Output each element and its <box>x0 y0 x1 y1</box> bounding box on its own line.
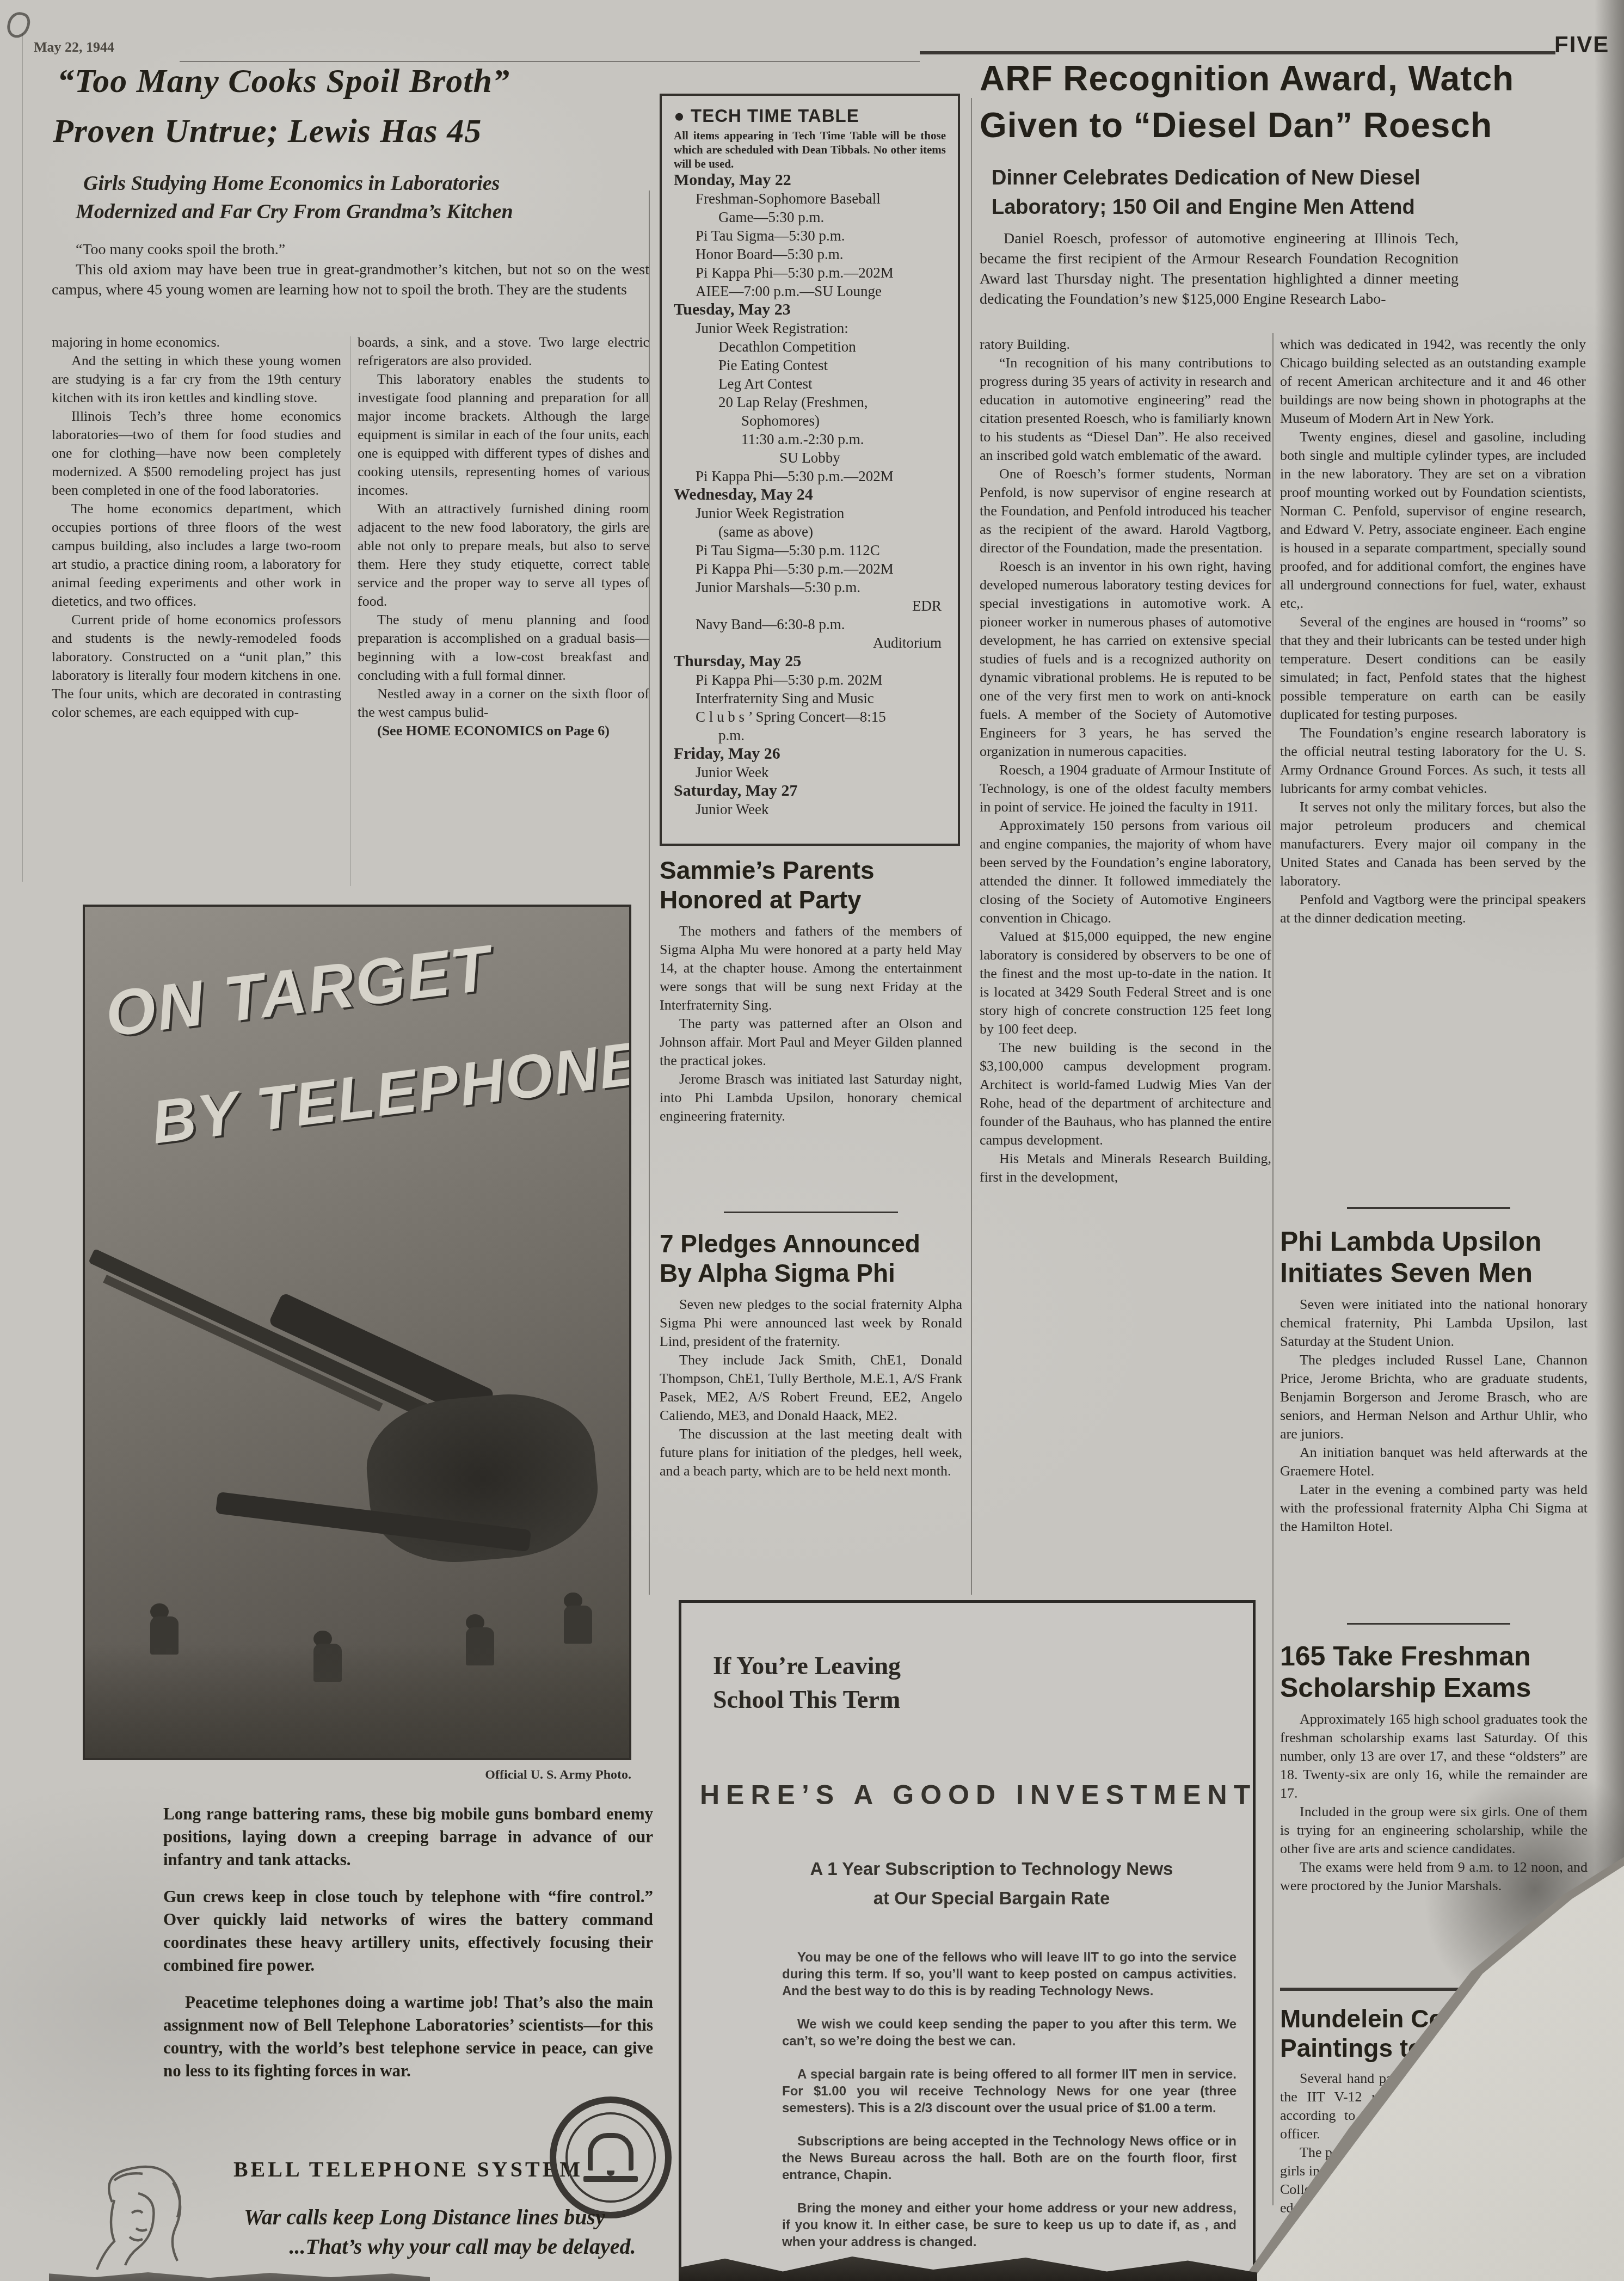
article-subhead-line2: Modernized and Far Cry From Grandma’s Ki… <box>76 201 513 222</box>
bell-icon <box>565 2112 656 2203</box>
article-column-2: boards, a sink, and a stove. Two large e… <box>358 333 649 740</box>
article-paragraph: Roesch is an inventor in his own right, … <box>980 557 1271 761</box>
schedule-line: Pi Kappa Phi—5:30 p.m.—202M <box>674 263 946 282</box>
article-headline-line2: Initiates Seven Men <box>1280 1257 1588 1289</box>
schedule-line: Junior Week Registration <box>674 504 946 522</box>
article-paragraph: The pledges included Russel Lane, Channo… <box>1280 1351 1588 1443</box>
article-paragraph: The new building is the second in the $3… <box>980 1038 1271 1149</box>
schedule-line: Sophomores) <box>674 411 946 430</box>
schedule-line: Interfraternity Sing and Music <box>674 689 946 708</box>
article-paragraph: Jerome Brasch was initiated last Saturda… <box>660 1070 962 1126</box>
time-table-title-text: TECH TIME TABLE <box>691 106 859 126</box>
bell-system-logo <box>550 2096 672 2218</box>
pen-mark <box>5 10 32 40</box>
gun-barrel-shape <box>88 1249 435 1421</box>
schedule-day: Friday, May 26 <box>674 745 946 763</box>
article-subhead-line1: Dinner Celebrates Dedication of New Dies… <box>992 168 1420 188</box>
article-paragraph: And the setting in which these young wom… <box>52 352 341 407</box>
article-paragraph: majoring in home economics. <box>52 333 341 352</box>
schedule-line: EDR <box>674 597 946 615</box>
ad-subhead-line2: at Our Special Bargain Rate <box>747 1888 1237 1909</box>
ad-kicker-line2: School This Term <box>713 1683 900 1716</box>
article-divider <box>724 1212 898 1213</box>
photo-overlay-text-line1: ON TARGET <box>102 936 495 1047</box>
schedule-line: Pi Kappa Phi—5:30 p.m.—202M <box>674 560 946 578</box>
ad-paragraph: You may be one of the fellows who will l… <box>782 1949 1237 2000</box>
schedule-day: Wednesday, May 24 <box>674 485 946 504</box>
tech-time-table: ● TECH TIME TABLE All items appearing in… <box>660 94 960 846</box>
time-table-title: ● TECH TIME TABLE <box>674 103 946 128</box>
schedule-day: Saturday, May 27 <box>674 782 946 800</box>
ad-headline: HERE’S A GOOD INVESTMENT <box>700 1779 1257 1811</box>
bell-ad-body: Long range battering rams, these big mob… <box>163 1803 653 2096</box>
column-divider <box>350 336 351 886</box>
artillery-photo: ON TARGET BY TELEPHONE <box>83 905 631 1760</box>
article-headline-line2: Given to “Diesel Dan” Roesch <box>980 108 1492 143</box>
bullet-icon: ● <box>674 106 685 126</box>
schedule-line: Leg Art Contest <box>674 374 946 393</box>
schedule-line: Game—5:30 p.m. <box>674 208 946 226</box>
schedule-line: Pi Tau Sigma—5:30 p.m. <box>674 226 946 245</box>
schedule-line: Junior Week Registration: <box>674 319 946 337</box>
schedule-line: C l u b s ’ Spring Concert—8:15 <box>674 708 946 726</box>
article-headline-line1: 7 Pledges Announced <box>660 1229 962 1258</box>
schedule-line: Pie Eating Contest <box>674 356 946 374</box>
article-paragraph: Seven new pledges to the social fraterni… <box>660 1295 962 1351</box>
article-headline-line2: Proven Untrue; Lewis Has 45 <box>53 114 482 148</box>
article-paragraph: Several of the engines are housed in “ro… <box>1280 613 1586 724</box>
article-paragraph: Current pride of home economics professo… <box>52 611 341 722</box>
ad-paragraph: Bring the money and either your home add… <box>782 2200 1237 2251</box>
article-paragraph: It serves not only the military forces, … <box>1280 798 1586 890</box>
article-headline-line1: ARF Recognition Award, Watch <box>980 61 1514 96</box>
article-subhead-line2: Laboratory; 150 Oil and Engine Men Atten… <box>992 197 1415 218</box>
arf-column-a: ratory Building. “In recognition of his … <box>980 335 1271 1186</box>
ad-paragraph: Gun crews keep in close touch by telepho… <box>163 1885 653 1977</box>
page-column-rule-2 <box>971 98 972 1595</box>
article-paragraph: The discussion at the last meeting dealt… <box>660 1425 962 1480</box>
article-paragraph: Twenty engines, diesel and gasoline, inc… <box>1280 428 1586 613</box>
article-paragraph: An initiation banquet was held afterward… <box>1280 1443 1588 1480</box>
article-paragraph: The party was patterned after an Olson a… <box>660 1015 962 1070</box>
article-paragraph: boards, a sink, and a stove. Two large e… <box>358 333 649 370</box>
article-paragraph: One of Roesch’s former students, Norman … <box>980 465 1271 557</box>
ad-paragraph: A special bargain rate is being offered … <box>782 2066 1237 2117</box>
schedule-day: Monday, May 22 <box>674 171 946 189</box>
article-column-1: majoring in home economics. And the sett… <box>52 333 341 722</box>
bell-tagline-line1: War calls keep Long Distance lines busy <box>180 2204 669 2230</box>
phi-lambda-article: Phi Lambda Upsilon Initiates Seven Men S… <box>1280 1226 1588 1536</box>
lead-paragraph: This old axiom may have been true in gre… <box>52 260 649 300</box>
article-paragraph: Seven were initiated into the national h… <box>1280 1295 1588 1351</box>
article-body: The mothers and fathers of the members o… <box>660 922 962 1126</box>
schedule-day: Tuesday, May 23 <box>674 300 946 319</box>
schedule-line: Pi Kappa Phi—5:30 p.m. 202M <box>674 671 946 689</box>
article-body: Seven new pledges to the social fraterni… <box>660 1295 962 1480</box>
schedule-day: Thursday, May 25 <box>674 652 946 671</box>
schedule-line: Junior Week <box>674 800 946 819</box>
article-divider <box>1347 1623 1510 1625</box>
soldier-figure <box>564 1593 592 1644</box>
schedule-line: Pi Kappa Phi—5:30 p.m.—202M <box>674 467 946 485</box>
article-paragraph: Roesch, a 1904 graduate of Armour Instit… <box>980 761 1271 816</box>
newspaper-page: May 22, 1944 FIVE “Too Many Cooks Spoil … <box>0 0 1624 2281</box>
photo-credit: Official U. S. Army Photo. <box>83 1768 631 1782</box>
article-headline-line1: “Too Many Cooks Spoil Broth” <box>57 64 510 98</box>
schedule-line: SU Lobby <box>674 448 946 467</box>
schedule-line: Freshman-Sophomore Baseball <box>674 189 946 208</box>
ad-paragraph: Long range battering rams, these big mob… <box>163 1803 653 1871</box>
article-paragraph: Nestled away in a corner on the sixth fl… <box>358 685 649 722</box>
article-paragraph: which was dedicated in 1942, was recentl… <box>1280 335 1586 428</box>
lead-paragraph: Daniel Roesch, professor of automotive e… <box>980 229 1459 309</box>
article-headline-line1: 165 Take Freshman <box>1280 1640 1588 1672</box>
article-paragraph: Approximately 150 persons from various o… <box>980 816 1271 927</box>
article-paragraph: “In recognition of his many contribution… <box>980 354 1271 465</box>
article-body: Seven were initiated into the national h… <box>1280 1295 1588 1536</box>
top-rule-right <box>920 51 1555 54</box>
article-paragraph: Penfold and Vagtborg were the principal … <box>1280 890 1586 927</box>
pledges-article: 7 Pledges Announced By Alpha Sigma Phi S… <box>660 1229 962 1480</box>
schedule-line: Junior Marshals—5:30 p.m. <box>674 578 946 597</box>
article-paragraph: Illinois Tech’s three home economics lab… <box>52 407 341 500</box>
schedule-line: 20 Lap Relay (Freshmen, <box>674 393 946 411</box>
article-paragraph: The Foundation’s engine research laborat… <box>1280 724 1586 798</box>
article-paragraph: ratory Building. <box>980 335 1271 354</box>
continuation-notice: (See HOME ECONOMICS on Page 6) <box>358 722 649 740</box>
article-paragraph: His Metals and Minerals Research Buildin… <box>980 1149 1271 1186</box>
article-paragraph: Valued at $15,000 equipped, the new engi… <box>980 927 1271 1038</box>
sammies-article: Sammie’s Parents Honored at Party The mo… <box>660 856 962 1126</box>
article-paragraph: The home economics department, which occ… <box>52 500 341 611</box>
article-paragraph: They include Jack Smith, ChE1, Donald Th… <box>660 1351 962 1425</box>
photo-overlay-text-line2: BY TELEPHONE <box>149 1032 631 1153</box>
ad-paragraph: Subscriptions are being accepted in the … <box>782 2133 1237 2184</box>
article-divider <box>1347 1207 1510 1209</box>
article-paragraph: With an attractively furnished dining ro… <box>358 500 649 611</box>
article-paragraph: The mothers and fathers of the members o… <box>660 922 962 1015</box>
schedule-line: Navy Band—6:30-8 p.m. <box>674 615 946 634</box>
article-headline-line2: Scholarship Exams <box>1280 1672 1588 1704</box>
schedule-line: 11:30 a.m.-2:30 p.m. <box>674 430 946 448</box>
top-rule-left <box>180 61 920 62</box>
article-headline-line1: Phi Lambda Upsilon <box>1280 1226 1588 1257</box>
article-paragraph: This laboratory enables the students to … <box>358 370 649 500</box>
photo-ground-shading <box>85 1644 629 1758</box>
article-lead: “Too many cooks spoil the broth.” This o… <box>52 239 649 300</box>
ad-paragraph: We wish we could keep sending the paper … <box>782 2016 1237 2050</box>
article-headline-line2: By Alpha Sigma Phi <box>660 1258 962 1288</box>
schedule-line: Junior Week <box>674 763 946 782</box>
left-margin-line <box>22 33 23 882</box>
article-subhead-line1: Girls Studying Home Economics in Laborat… <box>83 173 500 194</box>
schedule-line: Auditorium <box>674 634 946 652</box>
arf-column-b: which was dedicated in 1942, was recentl… <box>1280 335 1586 927</box>
article-paragraph: Later in the evening a combined party wa… <box>1280 1480 1588 1536</box>
article-paragraph: The study of menu planning and food prep… <box>358 611 649 685</box>
page-date: May 22, 1944 <box>34 39 114 56</box>
bell-tagline-line2: ...That’s why your call may be delayed. <box>218 2234 708 2259</box>
article-headline-line1: Sammie’s Parents <box>660 856 962 885</box>
article-lead: Daniel Roesch, professor of automotive e… <box>980 229 1459 309</box>
article-headline-line2: Honored at Party <box>660 885 962 914</box>
schedule-line: AIEE—7:00 p.m.—SU Lounge <box>674 282 946 300</box>
schedule-line: Pi Tau Sigma—5:30 p.m. 112C <box>674 541 946 560</box>
schedule-line: p.m. <box>674 726 946 745</box>
ad-body: You may be one of the fellows who will l… <box>782 1949 1237 2267</box>
schedule-line: Honor Board—5:30 p.m. <box>674 245 946 263</box>
ad-subhead-line1: A 1 Year Subscription to Technology News <box>747 1859 1237 1879</box>
time-table-note: All items appearing in Tech Time Table w… <box>674 128 946 171</box>
schedule-line: Decathlon Competition <box>674 337 946 356</box>
schedule-line: (same as above) <box>674 522 946 541</box>
lead-paragraph: “Too many cooks spoil the broth.” <box>52 239 649 260</box>
ad-paragraph: Peacetime telephones doing a wartime job… <box>163 1991 653 2082</box>
ad-kicker-line1: If You’re Leaving <box>713 1650 901 1682</box>
page-column-rule-1 <box>649 190 650 1595</box>
page-column-rule-3 <box>1272 333 1274 2205</box>
subscription-ad: If You’re Leaving School This Term HERE’… <box>679 1600 1256 2281</box>
